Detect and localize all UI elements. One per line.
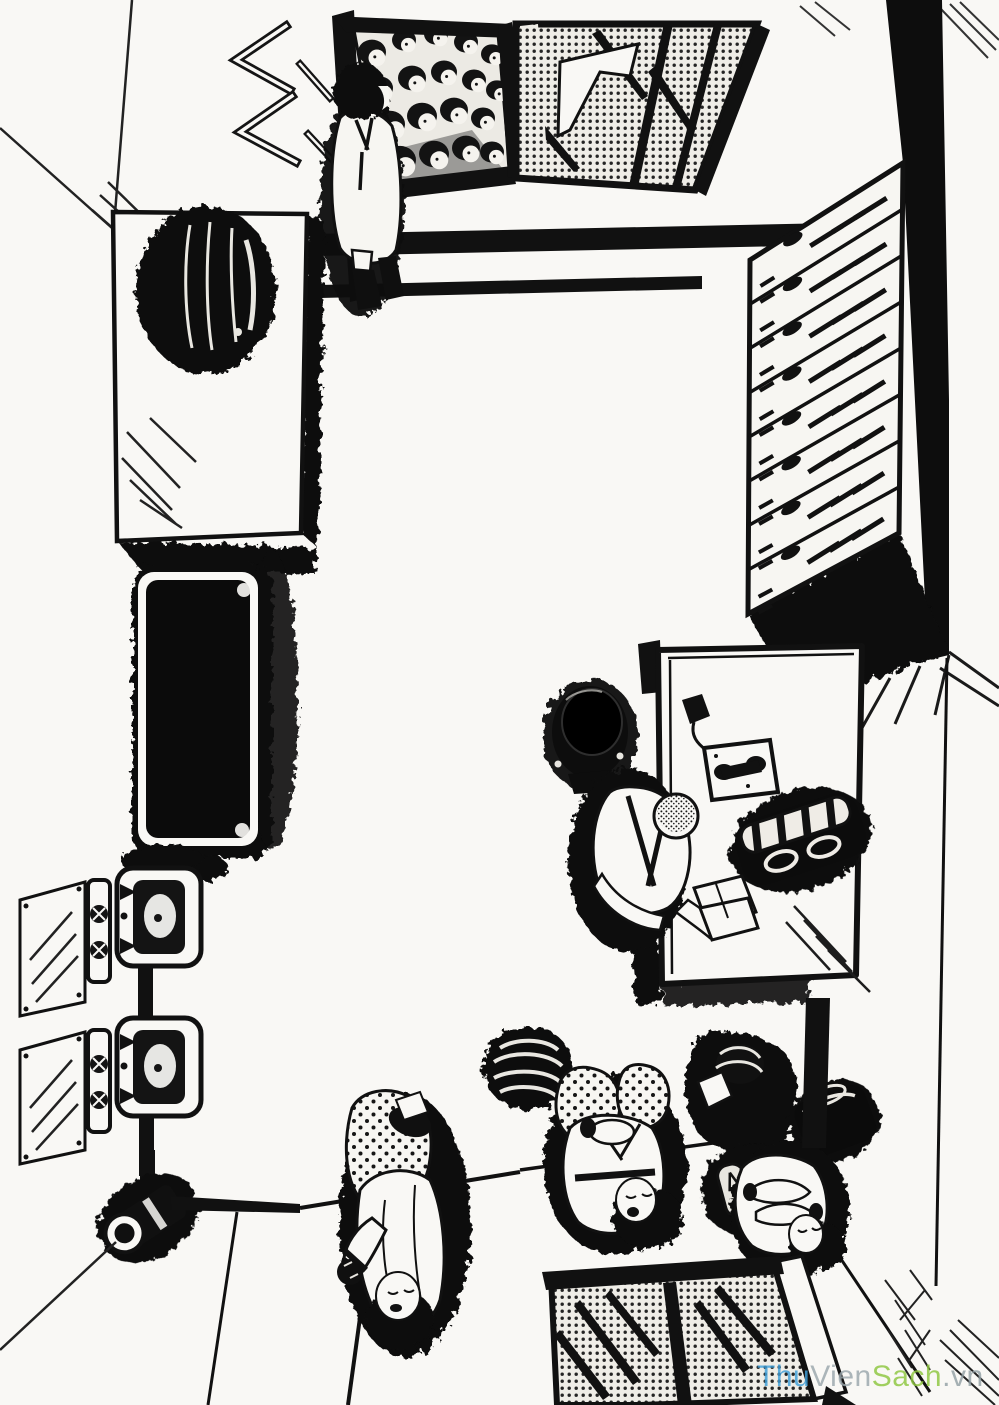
crowd-head-eye — [445, 75, 448, 78]
manga-illustration: ThuVienSach.vn — [0, 0, 999, 1405]
manga-page-scan: ThuVienSach.vn — [0, 0, 999, 1405]
crowd-head-eye — [424, 120, 427, 123]
crowd-head-face — [441, 70, 457, 86]
sleeping-person-dark — [685, 1031, 797, 1152]
crowd-head-face — [418, 113, 436, 131]
crowd-head-eye — [484, 121, 487, 124]
watermark: ThuVienSach.vn — [757, 1360, 984, 1393]
crowd-head-eye — [475, 83, 478, 86]
crowd-head-eye — [455, 113, 458, 116]
crowd-head-face — [471, 78, 485, 92]
crowd-head-face — [489, 150, 503, 164]
crowd-head-eye — [405, 43, 408, 46]
crowd-head-eye — [436, 158, 439, 161]
crowd-head-eye — [373, 55, 376, 58]
crowd-head-eye — [498, 92, 501, 95]
watermark-part: Thu — [757, 1360, 810, 1393]
watermark-part: Vien — [810, 1360, 872, 1393]
crowd-head-face — [480, 116, 494, 130]
face — [789, 1215, 823, 1253]
crowd-head-eye — [467, 151, 470, 154]
crowd-head-eye — [493, 155, 496, 158]
dark-futon-bed — [132, 550, 298, 880]
crowd-head-eye — [467, 45, 470, 48]
crowd-head-eye — [413, 81, 416, 84]
crowd-head-face — [430, 151, 448, 169]
travel-bag — [136, 206, 276, 374]
crowd-head-face — [463, 145, 480, 162]
crowd-head-face — [409, 75, 426, 92]
watermark-part: Sach — [872, 1360, 942, 1393]
crowd-head-face — [451, 107, 468, 124]
bed-with-travel-bag — [92, 182, 325, 596]
washbasin-2 — [88, 1018, 201, 1132]
wall-pillar — [802, 998, 830, 1148]
coat — [332, 110, 401, 264]
crowd-head-eye — [437, 37, 440, 40]
crowd-head-face — [369, 49, 386, 66]
mirror-2 — [20, 1032, 85, 1164]
crowd-head-face — [463, 40, 477, 54]
crowd-head-face — [401, 38, 415, 52]
face — [376, 1272, 420, 1320]
drain-pipe — [138, 964, 153, 1020]
mirror-1 — [20, 882, 85, 1016]
watermark-part: .vn — [942, 1360, 984, 1393]
crowd-head-eye — [402, 164, 405, 167]
crowd-head-eye — [493, 56, 496, 59]
